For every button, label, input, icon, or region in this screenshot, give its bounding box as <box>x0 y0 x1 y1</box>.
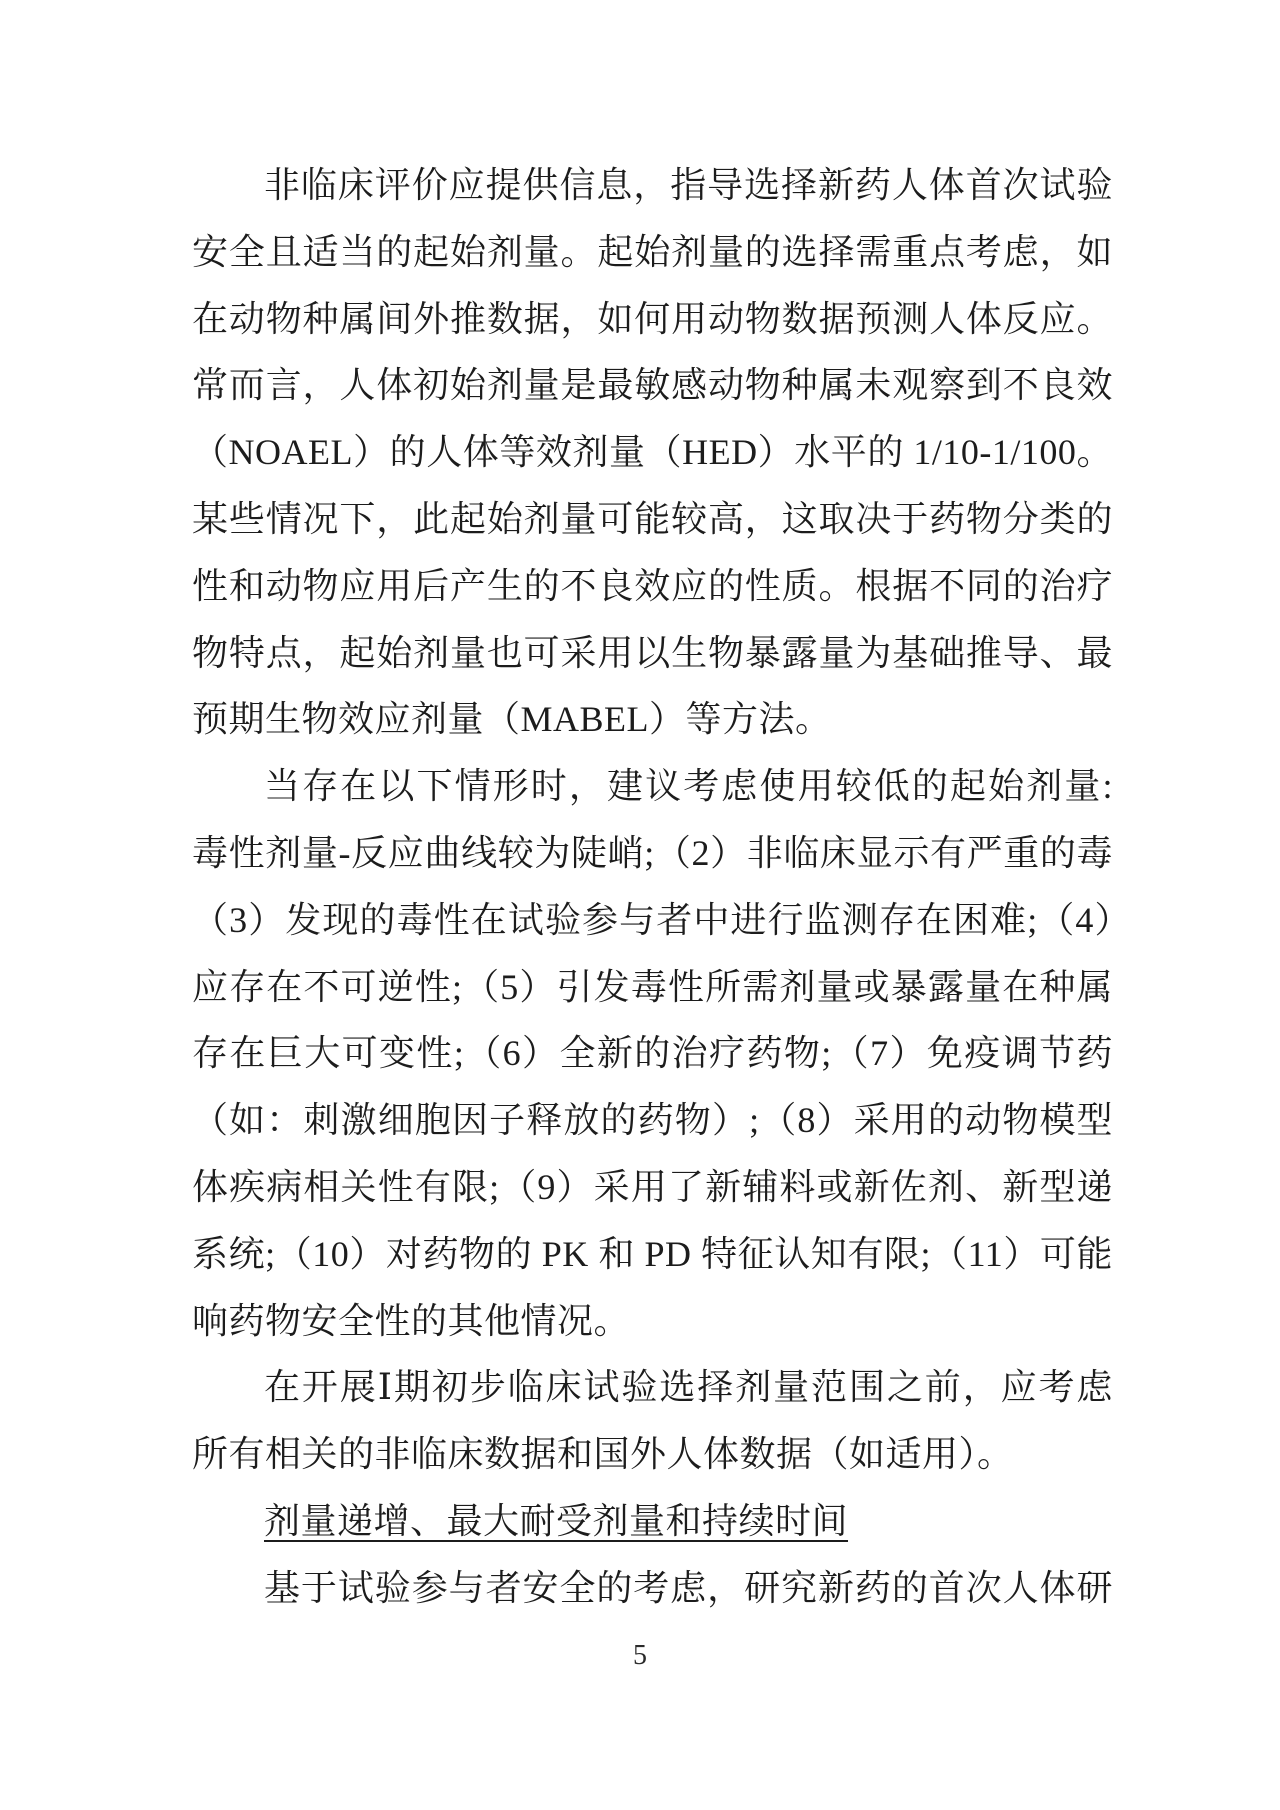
text-line: 应存在不可逆性;（5）引发毒性所需剂量或暴露量在种属间 <box>192 954 1113 1021</box>
text-line: 响药物安全性的其他情况。 <box>192 1288 1113 1355</box>
text-line: 安全且适当的起始剂量。起始剂量的选择需重点考虑，如何 <box>192 219 1113 286</box>
text-line: 毒性剂量-反应曲线较为陡峭;（2）非临床显示有严重的毒性; <box>192 820 1113 887</box>
text-line: 系统;（10）对药物的 PK 和 PD 特征认知有限;（11）可能影 <box>192 1221 1113 1288</box>
text-line: 存在巨大可变性;（6）全新的治疗药物;（7）免疫调节药物 <box>192 1020 1113 1087</box>
text-line: （NOAEL）的人体等效剂量（HED）水平的 1/10-1/100。在 <box>192 419 1113 486</box>
section-heading: 剂量递增、最大耐受剂量和持续时间 <box>192 1488 1113 1555</box>
text-line: 物特点，起始剂量也可采用以生物暴露量为基础推导、最低 <box>192 620 1113 687</box>
text-line: （如：刺激细胞因子释放的药物）;（8）采用的动物模型与人 <box>192 1087 1113 1154</box>
text-line: 预期生物效应剂量（MABEL）等方法。 <box>192 686 1113 753</box>
text-line: 性和动物应用后产生的不良效应的性质。根据不同的治疗药 <box>192 553 1113 620</box>
text-line: 常而言，人体初始剂量是最敏感动物种属未观察到不良效应 <box>192 352 1113 419</box>
text-line: 所有相关的非临床数据和国外人体数据（如适用）。 <box>192 1421 1113 1488</box>
text-line: （3）发现的毒性在试验参与者中进行监测存在困难;（4）效 <box>192 887 1113 954</box>
text-line: 在动物种属间外推数据，如何用动物数据预测人体反应。通 <box>192 286 1113 353</box>
document-page: 非临床评价应提供信息，指导选择新药人体首次试验的 安全且适当的起始剂量。起始剂量… <box>0 0 1280 1810</box>
text-line: 当存在以下情形时，建议考虑使用较低的起始剂量:（1） <box>192 753 1113 820</box>
text-line: 体疾病相关性有限;（9）采用了新辅料或新佐剂、新型递送 <box>192 1154 1113 1221</box>
page-number: 5 <box>0 1638 1280 1674</box>
text-line: 非临床评价应提供信息，指导选择新药人体首次试验的 <box>192 152 1113 219</box>
body-text: 非临床评价应提供信息，指导选择新药人体首次试验的 安全且适当的起始剂量。起始剂量… <box>192 152 1113 1622</box>
text-line: 在开展Ⅰ期初步临床试验选择剂量范围之前，应考虑到 <box>192 1354 1113 1421</box>
section-heading-text: 剂量递增、最大耐受剂量和持续时间 <box>264 1501 848 1541</box>
text-line: 某些情况下，此起始剂量可能较高，这取决于药物分类的属 <box>192 486 1113 553</box>
text-line: 基于试验参与者安全的考虑，研究新药的首次人体研究 <box>192 1555 1113 1622</box>
